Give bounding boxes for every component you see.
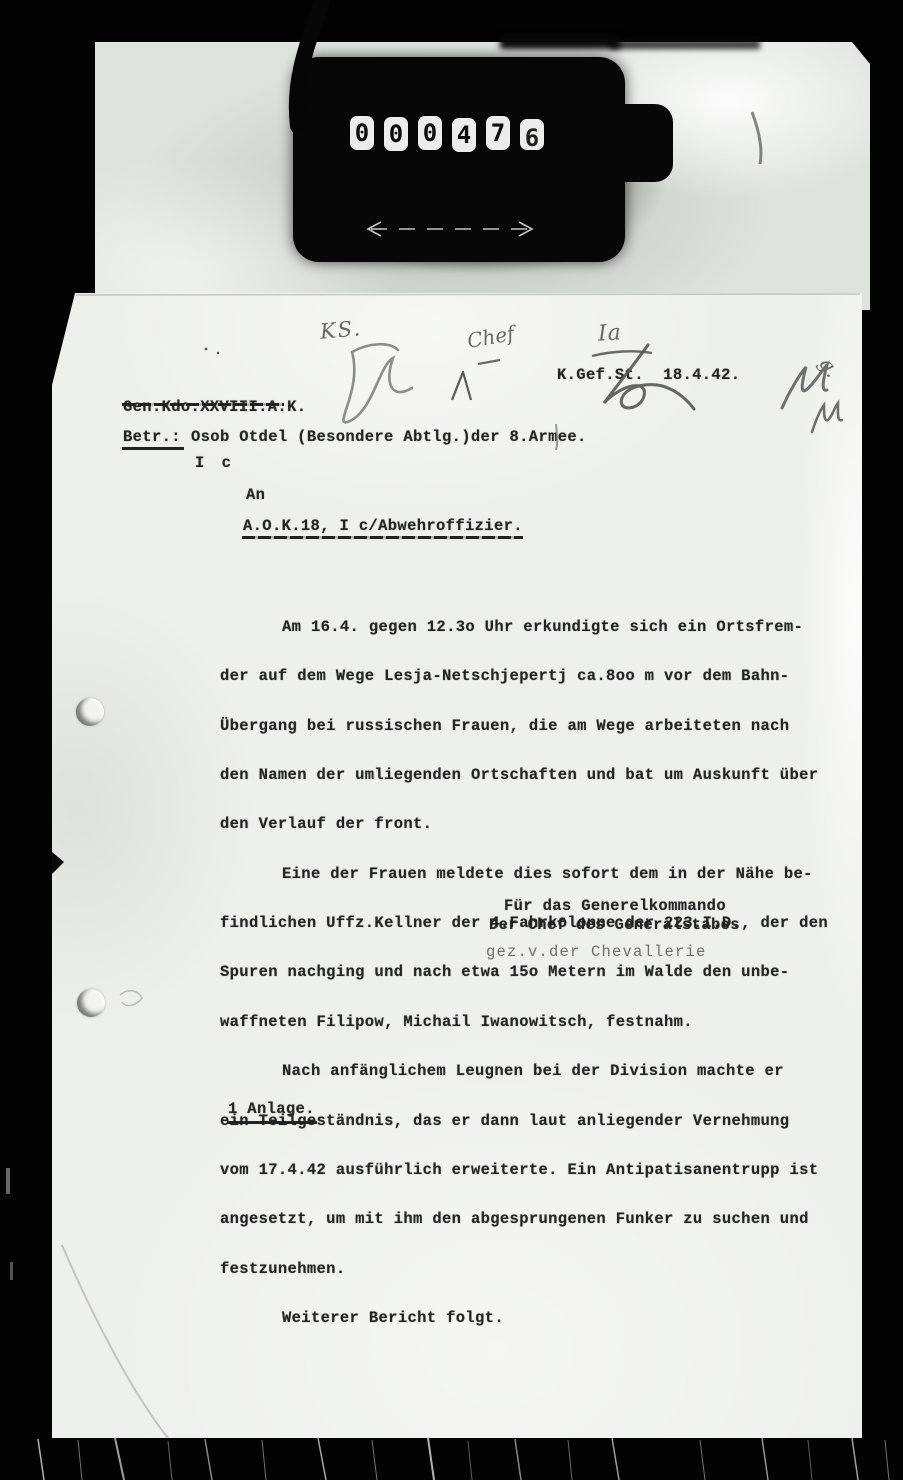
body-line: festzunehmen. [220,1261,870,1277]
counter-digit-window: 6 [520,119,544,150]
counter-digit: 6 [525,124,539,151]
body-line: Übergang bei russischen Frauen, die am W… [220,718,870,734]
counter-device [293,57,625,262]
counter-digit: 0 [389,120,403,148]
counter-digit-window: 7 [486,116,510,150]
place-date-line: K.Gef.St. 18.4.42. [557,366,740,384]
film-smudge [500,37,620,49]
letterhead-unit: Gen.Kdo.XXVIII.A.K. [123,398,307,416]
body-line: ein Teilgeständnis, das er dann laut anl… [220,1113,870,1129]
counter-digit-window: 0 [350,116,374,150]
counter-digit: 0 [423,119,437,147]
film-frame: 0 0 0 4 7 6 Gen.Kdo.XXVIII.A.K. I c K.Ge… [0,0,903,1480]
counter-digit: 0 [355,119,369,147]
recipient-underline [242,536,523,539]
signature-line-2: Der Chef des Generalstabes [489,916,740,934]
body-line: vom 17.4.42 ausführlich erweiterte. Ein … [220,1162,870,1178]
punch-hole [77,989,105,1017]
pencil-note-ia: Ia [597,320,622,346]
counter-digit-window: 4 [452,118,476,152]
punch-hole [76,698,104,726]
counter-digit: 7 [491,119,505,147]
body-line: Am 16.4. gegen 12.3o Uhr erkundigte sich… [220,619,870,635]
signature-signed: gez.v.der Chevallerie [486,943,707,961]
counter-knob [615,104,673,182]
body-line: waffneten Filipow, Michail Iwanowitsch, … [220,1014,870,1030]
counter-digit: 4 [457,121,471,149]
film-smudge [610,40,760,49]
letterhead-section: I c [123,454,307,472]
counter-digit-window: 0 [384,117,408,151]
subject-label: Betr.: [123,428,181,446]
body-line: der auf dem Wege Lesja-Netschjepertj ca.… [220,668,870,684]
body-line: Eine der Frauen meldete dies sofort dem … [220,866,870,882]
signature-line-1: Für das Generelkommando [504,897,726,915]
body-text: Am 16.4. gegen 12.3o Uhr erkundigte sich… [220,586,870,1359]
pencil-note-ks: KS. [319,316,363,344]
body-line: Nach anfänglichem Leugnen bei der Divisi… [220,1063,870,1079]
body-line: Spuren nachging und nach etwa 15o Metern… [220,964,870,980]
letterhead-underline [122,403,284,406]
counter-digit-row: 0 0 0 4 7 6 [350,116,544,150]
subject-text: Osob Otdel (Besondere Abtlg.)der 8.Armee… [191,428,587,446]
recipient-salutation: An [246,486,265,504]
counter-digit-window: 0 [418,116,442,150]
body-line: den Verlauf der front. [220,816,870,832]
body-line: angesetzt, um mit ihm den abgesprungenen… [220,1211,870,1227]
enclosure-underline [227,1121,317,1124]
recipient-address: A.O.K.18, I c/Abwehroffizier. [243,517,523,535]
body-line: Weiterer Bericht folgt. [220,1310,870,1326]
subject-underline [122,447,184,450]
body-line: den Namen der umliegenden Ortschaften un… [220,767,870,783]
enclosure-note: 1 Anlage. [228,1100,315,1118]
